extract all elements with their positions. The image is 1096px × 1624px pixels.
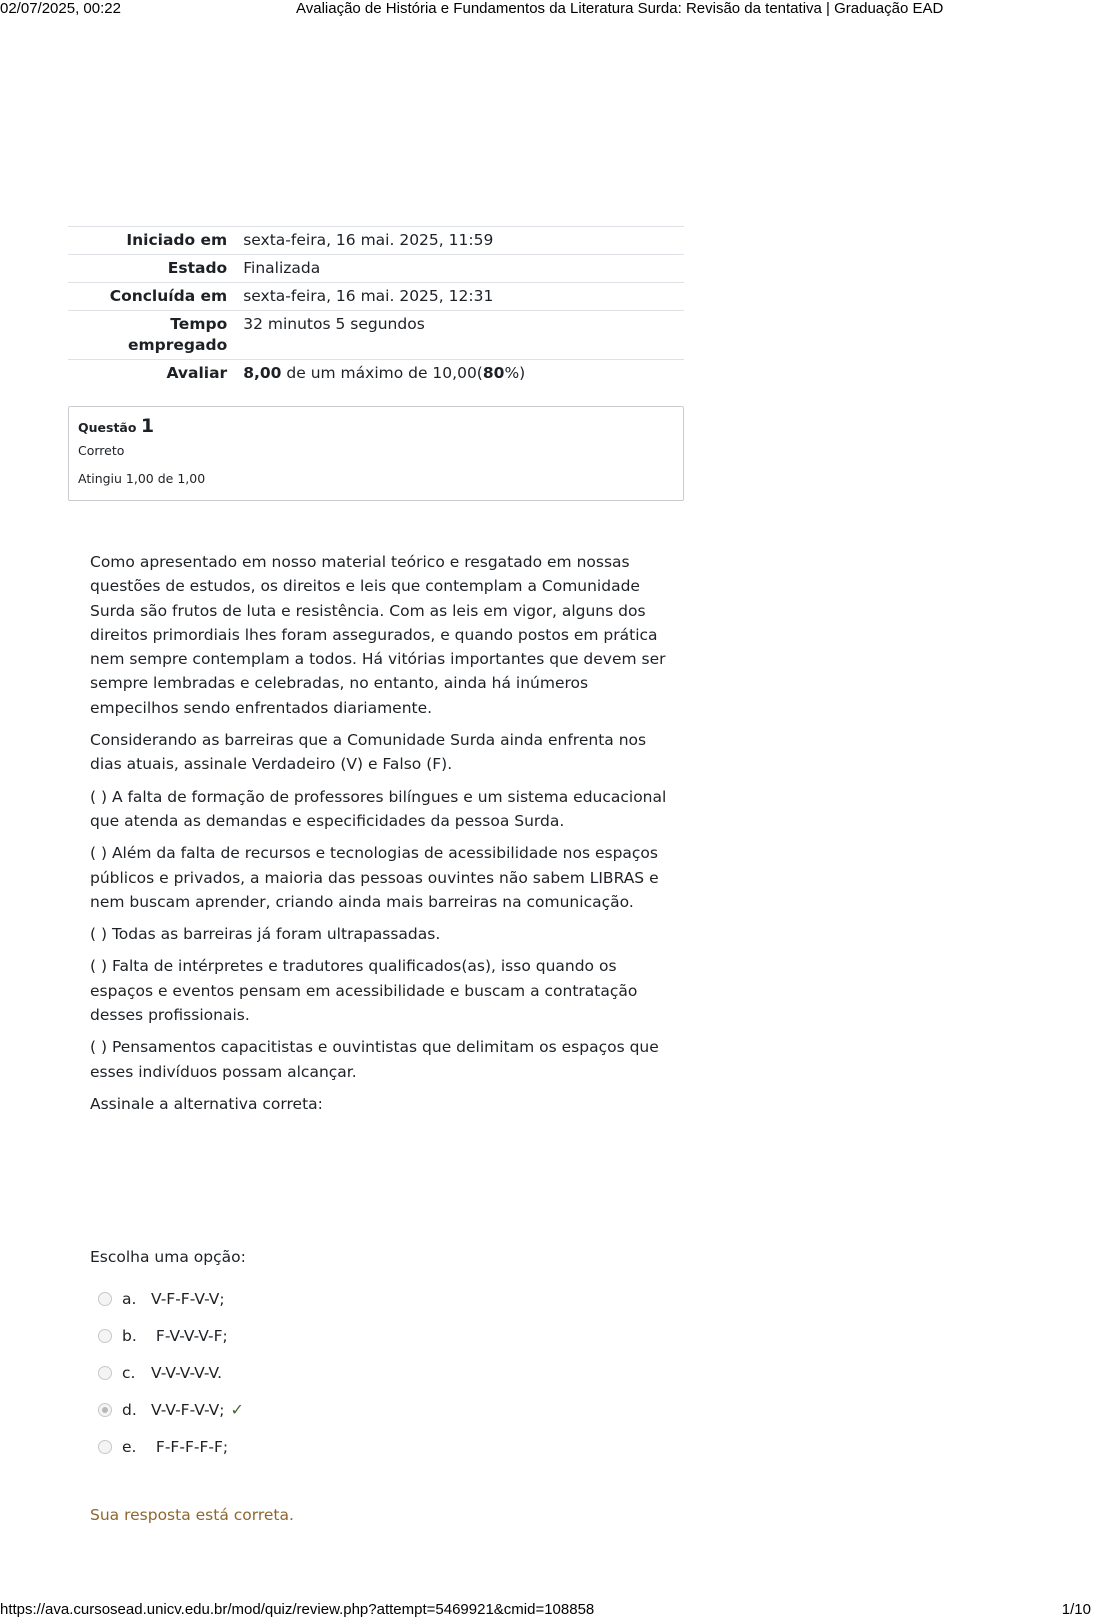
summary-label: Avaliar [68, 360, 243, 388]
summary-row-grade: Avaliar 8,00 de um máximo de 10,00(80%) [68, 360, 684, 388]
option-text: V-F-F-V-V; [151, 1290, 225, 1308]
print-page-number: 1/10 [1062, 1601, 1091, 1618]
question-state: Correto [78, 441, 674, 461]
radio-button-selected[interactable] [98, 1403, 112, 1417]
statement-4: ( ) Falta de intérpretes e tradutores qu… [90, 954, 670, 1027]
summary-value: 32 minutos 5 segundos [243, 311, 684, 360]
print-page-title: Avaliação de História e Fundamentos da L… [296, 0, 943, 17]
option-text: F-V-V-V-F; [151, 1327, 228, 1345]
question-number: Questão 1 [78, 415, 674, 439]
print-footer: https://ava.cursosead.unicv.edu.br/mod/q… [0, 1601, 1096, 1623]
question-grade: Atingiu 1,00 de 1,00 [78, 469, 674, 489]
answer-prompt: Escolha uma opção: [90, 1245, 246, 1269]
summary-label: Concluída em [68, 283, 243, 311]
answer-option-b[interactable]: b. F-V-V-V-F; [98, 1317, 244, 1354]
answer-feedback: Sua resposta está correta. [90, 1506, 294, 1524]
grade-score: 8,00 [243, 364, 281, 382]
statement-5: ( ) Pensamentos capacitistas e ouvintist… [90, 1035, 670, 1084]
grade-suffix: %) [504, 364, 525, 382]
answer-options: a. V-F-F-V-V; b. F-V-V-V-F; c. V-V-V-V-V… [98, 1280, 244, 1465]
statement-2: ( ) Além da falta de recursos e tecnolog… [90, 841, 670, 914]
summary-row-completed: Concluída em sexta-feira, 16 mai. 2025, … [68, 283, 684, 311]
radio-button[interactable] [98, 1440, 112, 1454]
summary-value: sexta-feira, 16 mai. 2025, 11:59 [243, 227, 684, 255]
statement-1: ( ) A falta de formação de professores b… [90, 785, 670, 834]
summary-row-started: Iniciado em sexta-feira, 16 mai. 2025, 1… [68, 227, 684, 255]
answer-option-d[interactable]: d. V-V-F-V-V; ✓ [98, 1391, 244, 1428]
radio-button[interactable] [98, 1366, 112, 1380]
question-instruction: Assinale a alternativa correta: [90, 1092, 670, 1116]
answer-option-e[interactable]: e. F-F-F-F-F; [98, 1428, 244, 1465]
answer-option-c[interactable]: c. V-V-V-V-V. [98, 1354, 244, 1391]
grade-percent: 80 [483, 364, 505, 382]
radio-button[interactable] [98, 1329, 112, 1343]
summary-value: Finalizada [243, 255, 684, 283]
summary-row-time-taken: Tempo empregado 32 minutos 5 segundos [68, 311, 684, 360]
option-text: F-F-F-F-F; [151, 1438, 228, 1456]
summary-grade-value: 8,00 de um máximo de 10,00(80%) [243, 360, 684, 388]
option-letter: c. [122, 1364, 151, 1382]
check-icon: ✓ [230, 1400, 243, 1419]
summary-label: Estado [68, 255, 243, 283]
summary-value: sexta-feira, 16 mai. 2025, 12:31 [243, 283, 684, 311]
summary-row-state: Estado Finalizada [68, 255, 684, 283]
question-paragraph: Como apresentado em nosso material teóri… [90, 550, 670, 720]
option-text: V-V-F-V-V; [151, 1401, 224, 1419]
option-letter: e. [122, 1438, 151, 1456]
statement-3: ( ) Todas as barreiras já foram ultrapas… [90, 922, 670, 946]
option-letter: d. [122, 1401, 151, 1419]
print-date: 02/07/2025, 00:22 [0, 0, 121, 17]
print-header: 02/07/2025, 00:22 Avaliação de História … [0, 0, 1096, 22]
option-letter: a. [122, 1290, 151, 1308]
question-info-box: Questão 1 Correto Atingiu 1,00 de 1,00 [68, 406, 684, 501]
attempt-summary-table: Iniciado em sexta-feira, 16 mai. 2025, 1… [68, 226, 684, 387]
answer-option-a[interactable]: a. V-F-F-V-V; [98, 1280, 244, 1317]
summary-label: Iniciado em [68, 227, 243, 255]
option-text: V-V-V-V-V. [151, 1364, 222, 1382]
question-text: Como apresentado em nosso material teóri… [90, 550, 670, 1124]
radio-button[interactable] [98, 1292, 112, 1306]
option-letter: b. [122, 1327, 151, 1345]
question-number-value: 1 [141, 415, 154, 437]
grade-middle: de um máximo de 10,00( [281, 364, 482, 382]
print-url: https://ava.cursosead.unicv.edu.br/mod/q… [0, 1601, 594, 1618]
question-label: Questão [78, 420, 136, 435]
question-paragraph: Considerando as barreiras que a Comunida… [90, 728, 670, 777]
summary-label: Tempo empregado [68, 311, 243, 360]
